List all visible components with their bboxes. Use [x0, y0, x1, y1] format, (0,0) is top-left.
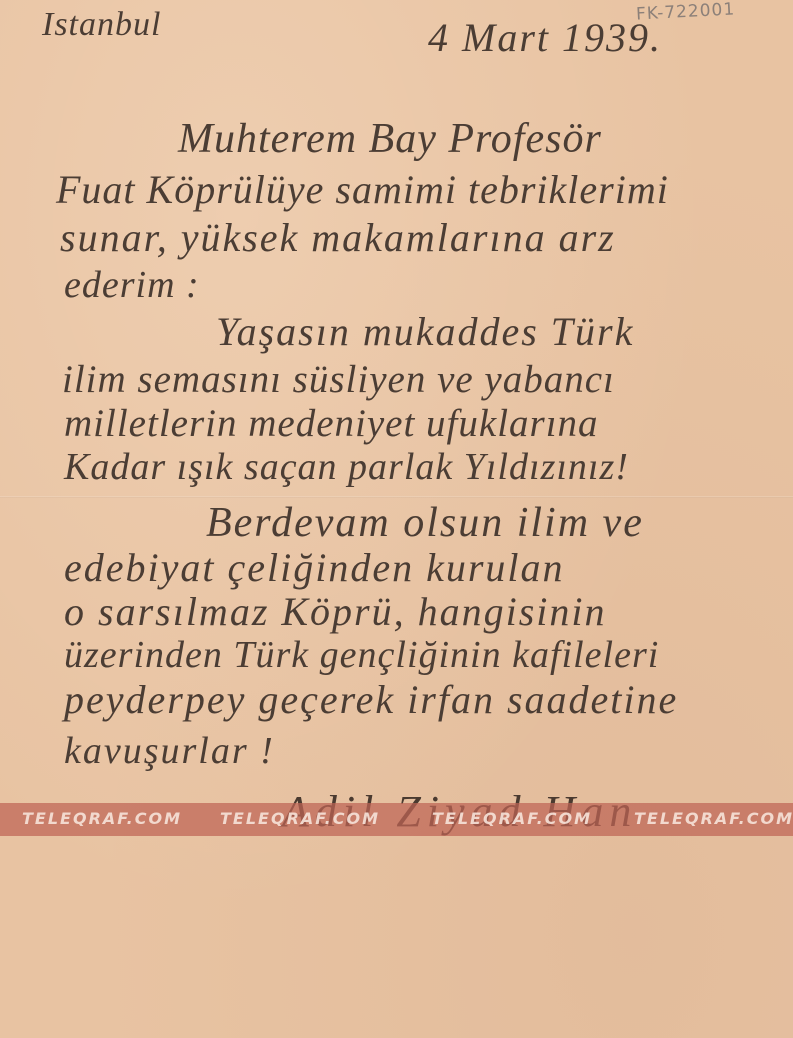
watermark-text: TELEQRAF.COM [22, 809, 182, 828]
watermark-text: TELEQRAF.COM [634, 809, 793, 828]
watermark-band: TELEQRAF.COM TELEQRAF.COM TELEQRAF.COM T… [0, 803, 793, 836]
paragraph-1-line: ilim semasını süsliyen ve yabancı [62, 360, 615, 399]
paragraph-1-line: Kadar ışık saçan parlak Yıldızınız! [64, 448, 629, 486]
paragraph-2-line: o sarsılmaz Köprü, hangisinin [64, 592, 607, 632]
letter-page: FK-722001 Istanbul 4 Mart 1939. Muhterem… [0, 0, 793, 1038]
paragraph-2-line: Berdevam olsun ilim ve [206, 502, 644, 544]
paragraph-1-line: Yaşasın mukaddes Türk [216, 312, 634, 352]
letter-date: 4 Mart 1939. [428, 18, 662, 58]
paragraph-2-line: peyderpey geçerek irfan saadetine [64, 680, 678, 720]
paragraph-1-line: milletlerin medeniyet ufuklarına [64, 404, 599, 443]
watermark-text: TELEQRAF.COM [432, 809, 592, 828]
salutation-line: ederim : [64, 266, 200, 304]
paper-fold-line [0, 496, 793, 498]
watermark-text: TELEQRAF.COM [220, 809, 380, 828]
salutation-line: sunar, yüksek makamlarına arz [60, 218, 616, 258]
salutation-line: Fuat Köprülüye samimi tebriklerimi [56, 170, 669, 210]
paragraph-2-line: edebiyat çeliğinden kurulan [64, 548, 565, 588]
salutation-line: Muhterem Bay Profesör [178, 118, 602, 160]
letter-place: Istanbul [42, 8, 161, 42]
paragraph-2-line: kavuşurlar ! [64, 732, 275, 770]
paragraph-2-line: üzerinden Türk gençliğinin kafileleri [64, 636, 659, 674]
